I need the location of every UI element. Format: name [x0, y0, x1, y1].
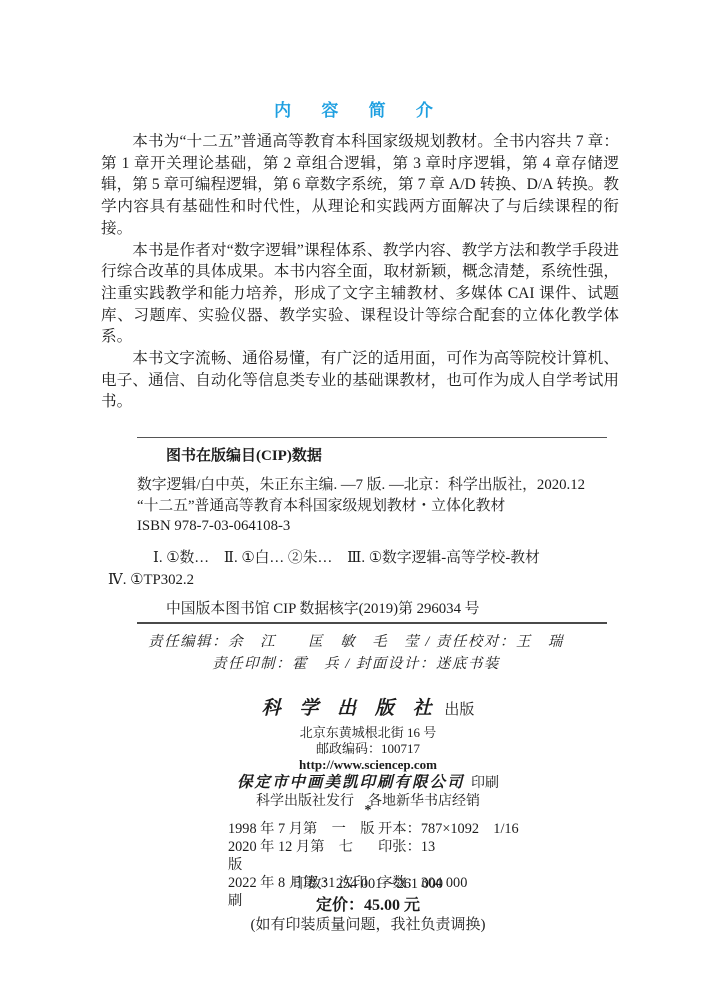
publisher-block: 科 学 出 版 社 出版 北京东黄城根北街 16 号 邮政编码：100717 h… [8, 698, 720, 811]
cip-entry-line: 数字逻辑/白中英，朱正东主编. —7 版. —北京：科学出版社，2020.12 [137, 475, 612, 496]
cip-top-rule [137, 437, 607, 438]
quality-note: (如有印装质量问题，我社负责调换) [8, 913, 720, 934]
edition-date: 1998 年 7 月第 一 版 [228, 820, 378, 838]
press-name-row: 科 学 出 版 社 出版 [8, 698, 720, 721]
content-summary-title: 内 容 简 介 [0, 96, 720, 121]
cip-record-number: 中国版本图书馆 CIP 数据核字(2019)第 296034 号 [166, 597, 479, 618]
printer-row: 保定市中画美凯印刷有限公司 印刷 [8, 774, 720, 793]
cip-bottom-rule [137, 622, 607, 624]
summary-paragraph: 本书文字流畅、通俗易懂，有广泛的适用面，可作为高等院校计算机、电子、通信、自动化… [101, 348, 619, 413]
cip-entry: 数字逻辑/白中英，朱正东主编. —7 版. —北京：科学出版社，2020.12 … [137, 475, 612, 537]
editors-line: 责任编辑：余 江 匡 敏 毛 莹 / 责任校对：王 瑞 [0, 631, 712, 653]
printer-name: 保定市中画美凯印刷有限公司 [237, 774, 465, 791]
cip-classification: Ⅰ. ①数… Ⅱ. ①白… ②朱… Ⅲ. ①数字逻辑-高等学校-教材 Ⅳ. ①T… [137, 548, 617, 591]
cip-entry-line: “十二五”普通高等教育本科国家级规划教材・立体化教材 [137, 496, 612, 517]
edition-date: 2020 年 12 月第 七 版 [228, 838, 378, 874]
separator-asterisk: * [8, 803, 720, 819]
print-run-line: 印数：254 001～261 000 [8, 873, 720, 893]
press-suffix: 出版 [444, 702, 474, 718]
summary-paragraph: 本书为“十二五”普通高等教育本科国家级规划教材。全书内容共 7 章：第 1 章开… [101, 131, 619, 240]
staff-credits: 责任编辑：余 江 匡 敏 毛 莹 / 责任校对：王 瑞 责任印制：霍 兵 / 封… [0, 631, 712, 675]
cip-entry-line: ISBN 978-7-03-064108-3 [137, 516, 612, 537]
edition-row: 2020 年 12 月第 七 版 印张：13 [228, 838, 519, 874]
cip-classification-line: Ⅰ. ①数… Ⅱ. ①白… ②朱… Ⅲ. ①数字逻辑-高等学校-教材 [137, 548, 617, 570]
press-website: http://www.sciencep.com [8, 757, 720, 773]
press-name: 科 学 出 版 社 [262, 698, 439, 719]
summary-paragraph: 本书是作者对“数字逻辑”课程体系、教学内容、教学方法和教学手段进行综合改革的具体… [101, 240, 619, 349]
copyright-page: 内 容 简 介 本书为“十二五”普通高等教育本科国家级规划教材。全书内容共 7 … [0, 0, 720, 1000]
press-address: 北京东黄城根北街 16 号 [8, 724, 720, 741]
edition-spec: 印张：13 [378, 838, 435, 874]
edition-spec: 开本：787×1092 1/16 [378, 820, 519, 838]
printing-design-line: 责任印制：霍 兵 / 封面设计：迷底书装 [0, 653, 712, 675]
price-line: 定价：45.00 元 [8, 892, 720, 915]
edition-row: 1998 年 7 月第 一 版 开本：787×1092 1/16 [228, 820, 519, 838]
content-summary-body: 本书为“十二五”普通高等教育本科国家级规划教材。全书内容共 7 章：第 1 章开… [101, 131, 619, 413]
cip-classification-line: Ⅳ. ①TP302.2 [108, 570, 617, 592]
press-postcode: 邮政编码：100717 [8, 741, 720, 757]
cip-header: 图书在版编目(CIP)数据 [166, 444, 322, 465]
printer-suffix: 印刷 [471, 776, 499, 791]
